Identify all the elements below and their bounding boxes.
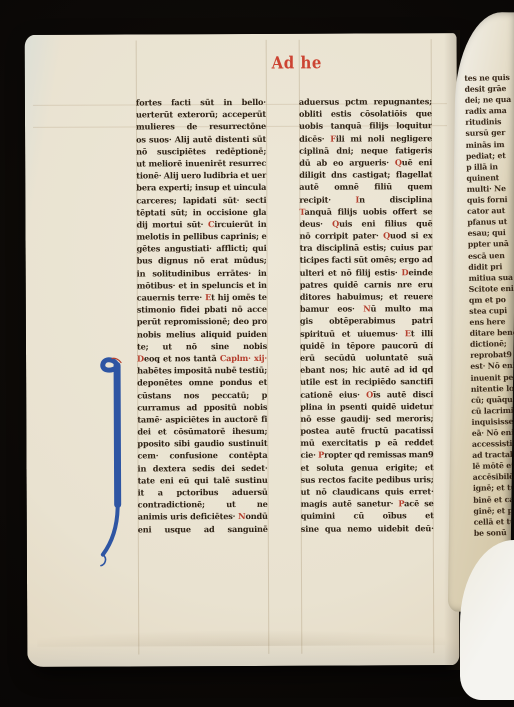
body-text: nō esse gaudij· sed meroris; xyxy=(300,413,433,424)
body-text: tamē· aspiciētes in auctorē fi xyxy=(137,414,267,425)
body-text: uē eni xyxy=(402,157,432,167)
text-line: mulieres de resurrectōne mortu xyxy=(136,120,266,133)
text-line: ditores habuimus; et reuere xyxy=(300,290,433,303)
body-text: tra disciplinā estis; cuius par xyxy=(300,242,433,253)
text-line: ens here xyxy=(469,316,514,328)
rubric-text: D xyxy=(137,353,144,363)
body-text: sus rectos facite pedibus uris; xyxy=(301,474,434,485)
text-line: cauernis terre· Et hij omēs te xyxy=(137,291,267,304)
text-line: spirituū et uiuemus· Et illi xyxy=(300,327,433,340)
text-line: est· Nō eni xyxy=(470,360,514,372)
text-line: cie· Propter qd remissas man9 xyxy=(300,449,433,462)
text-line: habētes impositā nubē testiū; xyxy=(137,364,267,377)
rubric-text: Q xyxy=(332,218,339,228)
text-line: nobis melius aliquid puiden xyxy=(137,327,267,340)
text-line: escā uen xyxy=(468,249,514,261)
text-line: aduersus pctm repugnantes; et xyxy=(299,95,432,108)
text-line: pfanus ut xyxy=(467,216,514,228)
text-line: patres quidē carnis nre eru xyxy=(300,278,433,291)
text-line: tes ne quis xyxy=(464,72,514,84)
text-line: dū ab eo argueris· Quē eni xyxy=(299,156,432,169)
body-text: tate eni eū qui talē sustinu xyxy=(138,475,268,486)
text-line: tamē· aspiciētes in auctorē fi xyxy=(137,413,267,426)
body-text: ondū xyxy=(245,511,267,521)
text-line: multi· Ne xyxy=(467,183,514,195)
body-text: uis eni filius quē xyxy=(339,218,432,228)
body-text: mū exercitatis p eā reddet iusti xyxy=(300,437,433,449)
text-line: bamur eos· Nū multo ma xyxy=(300,302,433,315)
body-text: ū multo ma xyxy=(370,303,432,313)
body-text: nō corripit pater· xyxy=(299,230,383,240)
rubric-text: N xyxy=(363,304,370,314)
text-line: erū secūdū uoluntatē suā erudi xyxy=(300,351,433,364)
text-line: eni usque ad sanguinē restitistis xyxy=(138,522,268,535)
text-line: nitentie lo xyxy=(471,382,514,394)
text-line: sus rectos facite pedibus uris; xyxy=(301,473,434,486)
text-line: perūt repromissionē; deo pro xyxy=(137,315,267,328)
text-line: dij mortui sūt· Circuierūt in xyxy=(136,218,266,231)
text-line: bus dignus nō erat mūdus; xyxy=(137,254,267,267)
text-line: mitiua sua xyxy=(468,271,514,283)
body-text: recipit· xyxy=(299,194,355,204)
text-line: dei et cōsūmatorē ihesum; qui xyxy=(137,425,267,438)
body-text: ditores habuimus; et reuere xyxy=(300,291,433,302)
body-text: melotis in pellibus caprinis; e xyxy=(136,231,266,242)
text-line: ut meliorē inuenirēt resurrec xyxy=(136,157,266,170)
text-line: utile est in recipiēdo sanctifi xyxy=(300,375,433,388)
text-line: gis obtēperabimus patri xyxy=(300,315,433,328)
text-line: uerterūt exterorū; acceperūt xyxy=(136,108,266,121)
body-text: anquā filijs uobis offert se xyxy=(304,206,432,217)
body-text: deponētes omne pondus et cir xyxy=(137,377,267,389)
text-line: melotis in pellibus caprinis; e xyxy=(136,230,266,243)
text-line: mōtibus· et in speluncis et in xyxy=(137,279,267,292)
body-text: curramus ad ppositū nobis cer xyxy=(137,402,267,414)
body-text: cationē eius· xyxy=(300,389,366,399)
text-line: quimini cū oībus et sāctimoniā; xyxy=(301,510,434,523)
text-line: os suos· Alij autē distenti sūt xyxy=(136,132,266,145)
body-text: dū ab eo argueris· xyxy=(299,157,395,167)
body-text: aduersus pctm repugnantes; et xyxy=(299,96,432,108)
text-line: accēsibilē xyxy=(473,471,514,483)
text-line: quidē in tēpore paucorū di xyxy=(300,339,433,352)
body-text: pposito sibi gaudio sustinuit cru xyxy=(137,438,267,450)
body-text: mulieres de resurrectōne mortu xyxy=(136,121,266,133)
body-text: mōtibus· et in speluncis et in xyxy=(137,280,267,291)
body-text: t illi xyxy=(411,328,433,338)
text-line: contradictionē; ut ne fatigemini xyxy=(138,498,268,511)
body-text: dei et cōsūmatorē ihesum; qui xyxy=(137,426,267,438)
body-text: tēptati sūt; in occisione gla xyxy=(136,207,266,218)
body-text: patres quidē carnis nre eru xyxy=(300,279,433,290)
body-text: īs autē disci xyxy=(373,389,433,399)
text-line: mū exercitatis p eā reddet iusti xyxy=(300,436,433,449)
body-text: nō suscipiētes redēptionē; xyxy=(136,146,266,157)
body-text: postea autē fructū pacatissi xyxy=(300,425,433,436)
body-text: nobis melius aliquid puiden xyxy=(137,328,267,339)
body-text: os suos· Alij autē distenti sūt xyxy=(136,133,266,144)
text-line: gētes angustiati· afflicti; qui xyxy=(137,242,267,255)
text-line: nō corripit pater· Quod si ex xyxy=(299,229,432,242)
text-line: postea autē fructū pacatissi xyxy=(300,424,433,437)
text-line: et soluta genua erigite; et gres xyxy=(300,461,433,474)
body-text: t hij omēs te xyxy=(211,292,267,302)
text-line: dicēs· Fili mi noli negligere dis xyxy=(299,132,432,145)
body-text: habētes impositā nubē testiū; xyxy=(137,365,267,376)
body-text: gis obtēperabimus patri xyxy=(300,316,433,327)
body-text: plina in psenti quidē uidetur xyxy=(300,401,433,412)
text-line: ciplinā dni; neque fatigeris xyxy=(299,144,432,157)
text-line: eā· Nō eni xyxy=(472,427,514,439)
text-line: lē mōtē et xyxy=(472,460,514,472)
text-line: plina in psenti quidē uidetur xyxy=(300,400,433,413)
text-line: radix ama xyxy=(465,105,514,117)
body-text: obliti estis cōsolatiōis que xyxy=(299,108,432,119)
body-text: it a pctoribus aduersū semetipm xyxy=(138,487,268,499)
text-line: binē et cali xyxy=(473,493,514,505)
text-line: didit pri xyxy=(468,260,514,272)
text-line: fortes facti sūt in bello· castra xyxy=(136,96,266,109)
text-line: sine qua nemo uidebit deū· Contē xyxy=(301,522,434,535)
body-text: uod si ex xyxy=(390,230,433,240)
body-text: ciplinā dni; neque fatigeris xyxy=(299,145,432,156)
body-text: dij mortui sūt· xyxy=(136,219,208,229)
body-text: ropter qd remissas man9 xyxy=(324,450,433,460)
text-line: pposito sibi gaudio sustinuit cru xyxy=(137,437,267,450)
text-line: Tanquā filijs uobis offert se xyxy=(299,205,432,218)
body-text: perūt repromissionē; deo pro xyxy=(137,316,267,327)
text-line: dictionē; xyxy=(470,338,514,350)
body-text: cūstans nos peccatū; p paciētiā xyxy=(137,389,267,401)
body-text: dicēs· xyxy=(299,133,330,143)
body-text: erū secūdū uoluntatē suā erudi xyxy=(300,352,433,364)
text-line: cū; quāquā xyxy=(471,393,514,405)
text-line: curramus ad ppositū nobis cer xyxy=(137,401,267,414)
text-line: ginē; et p xyxy=(473,504,514,516)
rubric-text: Q xyxy=(395,157,402,167)
text-line: cem· confusione contēpta atque xyxy=(137,449,267,462)
body-text: bus dignus nō erat mūdus; xyxy=(137,255,267,266)
text-line: dei; ne qua xyxy=(465,94,514,106)
text-line: deponētes omne pondus et cir xyxy=(137,376,267,389)
manuscript-page: Ad he fortes facti sūt in bello· castrau… xyxy=(25,33,460,667)
body-text: animis uris deficiētes· xyxy=(138,511,238,521)
illuminated-initial-i-icon xyxy=(98,354,133,568)
text-line: magis autē sanetur· Pacē se xyxy=(301,497,434,510)
body-text: eni usque ad sanguinē restitistis xyxy=(138,523,268,535)
body-text: ebant nos; hic autē ad id qd xyxy=(300,364,433,375)
text-line: ditare bene xyxy=(470,327,514,339)
text-line: stea cupi xyxy=(469,305,514,317)
text-line: esau; qui xyxy=(467,227,514,239)
text-line: reprobat9 xyxy=(470,349,514,361)
body-text: uerterūt exterorū; acceperūt xyxy=(136,109,266,120)
text-line: carceres; lapidati sūt· secti sūt· xyxy=(136,193,266,206)
text-line: accessistis xyxy=(472,438,514,450)
text-line: quis forni xyxy=(467,194,514,206)
body-text: in solitudinibus errātes· in xyxy=(137,268,267,279)
body-text: deus· xyxy=(299,218,332,228)
body-text: acē se xyxy=(404,498,434,508)
body-text: ticipes facti sūt omēs; ergo ad xyxy=(300,255,433,266)
body-text: cie· xyxy=(300,450,318,460)
text-line: ut nō claudicans quis erret· xyxy=(301,485,434,498)
text-line: it a pctoribus aduersū semetipm xyxy=(138,486,268,499)
text-line: cellā et tu xyxy=(474,515,514,527)
text-line: deus· Quis eni filius quē xyxy=(299,217,432,230)
rubric-text: N xyxy=(238,511,245,521)
rubric-text: Q xyxy=(383,230,390,240)
body-text: spirituū et uiuemus· xyxy=(300,328,405,338)
text-line: ebant nos; hic autē ad id qd xyxy=(300,363,433,376)
body-text: cem· confusione contēpta atque xyxy=(137,450,267,462)
text-line: diligit dns castigat; flagellat xyxy=(299,168,432,181)
text-column-left: fortes facti sūt in bello· castrauerterū… xyxy=(136,96,268,535)
text-line: tionē· Alij uero ludibria et uer xyxy=(136,169,266,182)
text-line: tate eni eū qui talē sustinu xyxy=(138,474,268,487)
text-line: te; ut nō sine nobis cōsūmarēt· xyxy=(137,340,267,353)
text-line: nō suscipiētes redēptionē; xyxy=(136,145,266,158)
text-line: bera experti; insup et uincula et xyxy=(136,181,266,194)
body-text: utile est in recipiēdo sanctifi xyxy=(300,376,433,387)
body-text: fortes facti sūt in bello· castra xyxy=(136,97,266,109)
body-text: carceres; lapidati sūt· secti sūt· xyxy=(136,194,266,206)
body-text: et soluta genua erigite; et gres xyxy=(300,462,433,474)
body-text: bamur eos· xyxy=(300,304,363,314)
text-line: qm et po xyxy=(469,293,514,305)
text-line: cūstans nos peccatū; p paciētiā xyxy=(137,388,267,401)
body-text: quidē in tēpore paucorū di xyxy=(300,340,433,351)
body-text: gētes angustiati· afflicti; qui xyxy=(137,243,267,254)
photo-backdrop: Ad he fortes facti sūt in bello· castrau… xyxy=(0,0,514,707)
text-line: cationē eius· Oīs autē disci xyxy=(300,388,433,401)
body-text: ut meliorē inuenirēt resurrec xyxy=(136,158,266,169)
running-header: Ad he xyxy=(255,52,339,73)
text-column-right: aduersus pctm repugnantes; etobliti esti… xyxy=(299,95,434,534)
text-line: ulteri et nō filij estis· Deinde xyxy=(300,266,433,279)
text-line: obliti estis cōsolatiōis que xyxy=(299,107,432,120)
text-line: ignē; et tur xyxy=(473,482,514,494)
text-line: inquisisset xyxy=(471,415,514,427)
body-text: ut nō claudicans quis erret· xyxy=(301,486,434,497)
text-line: stimonio fidei pbati nō acce xyxy=(137,303,267,316)
rubric-text: O xyxy=(366,389,373,399)
body-text: magis autē sanetur· xyxy=(301,499,399,509)
text-line: inuenit pe xyxy=(470,371,514,383)
text-line: Scitote eni xyxy=(469,282,514,294)
text-line: cū lacrimis xyxy=(471,404,514,416)
text-line: recipit· In disciplina pseuerate· xyxy=(299,193,432,206)
text-line: autē omnē filiū quem xyxy=(299,180,432,193)
rubric-text: Caplm· xij· xyxy=(220,353,267,363)
text-line: animis uris deficiētes· Nondū xyxy=(138,510,268,523)
body-text: sine qua nemo uidebit deū· Contē xyxy=(301,523,434,535)
body-text: ulteri et nō filij estis· xyxy=(300,267,402,277)
body-text: einde xyxy=(408,267,432,277)
body-text: tionē· Alij uero ludibria et uer xyxy=(136,170,266,181)
text-line: tra disciplinā estis; cuius par xyxy=(300,241,433,254)
rubric-text: D xyxy=(402,267,409,277)
text-line: in dextera sedis dei sedet· Recogi xyxy=(137,462,267,475)
body-text: in dextera sedis dei sedet· xyxy=(137,463,267,474)
body-text: cauernis terre· xyxy=(137,292,205,302)
text-line: nō esse gaudij· sed meroris; xyxy=(300,412,433,425)
body-text: autē omnē filiū quem xyxy=(299,181,432,192)
text-line: be sonū xyxy=(474,526,514,538)
body-text: te; ut nō sine nobis cōsūmarēt· xyxy=(137,341,267,353)
text-line: uobis tanquā filijs loquitur xyxy=(299,120,432,133)
body-text: bera experti; insup et uincula et xyxy=(136,182,266,194)
body-text: contradictionē; ut ne fatigemini xyxy=(138,499,268,511)
body-text: uobis tanquā filijs loquitur xyxy=(299,121,432,132)
text-line: in solitudinibus errātes· in xyxy=(137,267,267,280)
body-text: diligit dns castigat; flagellat xyxy=(299,169,432,180)
next-page-text: tes ne quisdesit grāedei; ne quaradix am… xyxy=(464,72,514,539)
text-line: tēptati sūt; in occisione gla xyxy=(136,206,266,219)
body-text: eoq et nos tantā xyxy=(144,353,220,363)
body-text: quimini cū oībus et sāctimoniā; xyxy=(301,511,434,523)
text-line: cator aut xyxy=(467,205,514,217)
next-page-edge: tes ne quisdesit grāedei; ne quaradix am… xyxy=(448,12,514,613)
text-line: ticipes facti sūt omēs; ergo ad xyxy=(300,254,433,267)
text-line: ppter unā xyxy=(468,238,514,250)
body-text: stimonio fidei pbati nō acce xyxy=(137,304,267,315)
text-line: Deoq et nos tantā Caplm· xij· xyxy=(137,352,267,365)
text-line: ad tractabi xyxy=(472,449,514,461)
body-text: ircuierūt in xyxy=(214,219,266,229)
